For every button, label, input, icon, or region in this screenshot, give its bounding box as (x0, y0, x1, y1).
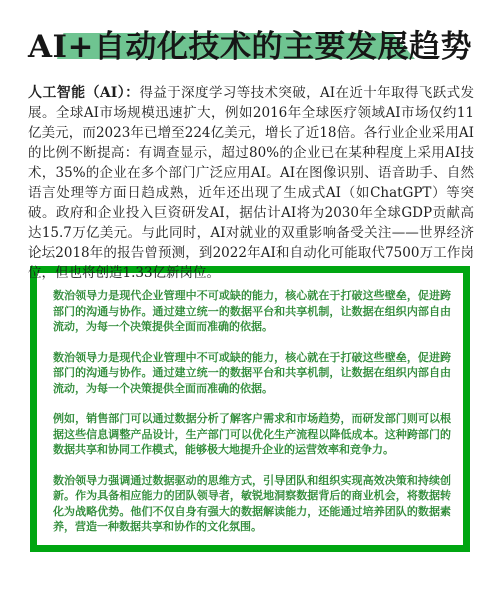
page-title: AI+自动化技术的主要发展趋势 (28, 21, 472, 66)
box-paragraph: 数治领导力是现代企业管理中不可或缺的能力，核心就在于打破这些壁垒，促进跨部门的沟… (53, 350, 451, 397)
intro-body: 得益于深度学习等技术突破，AI在近十年取得飞跃式发展。全球AI市场规模迅速扩大，… (28, 85, 474, 281)
box-paragraph: 数治领导力强调通过数据驱动的思维方式，引导团队和组织实现高效决策和持续创新。作为… (53, 473, 451, 535)
box-paragraph: 例如，销售部门可以通过数据分析了解客户需求和市场趋势，而研发部门则可以根据这些信… (53, 411, 451, 458)
intro-paragraph: 人工智能（AI）：得益于深度学习等技术突破，AI在近十年取得飞跃式发展。全球AI… (28, 83, 474, 283)
highlight-box: 数治领导力是现代企业管理中不可或缺的能力，核心就在于打破这些壁垒，促进跨部门的沟… (30, 266, 470, 552)
document-page: AI+自动化技术的主要发展趋势 人工智能（AI）：得益于深度学习等技术突破，AI… (0, 0, 500, 598)
box-paragraph: 数治领导力是现代企业管理中不可或缺的能力，核心就在于打破这些壁垒，促进跨部门的沟… (53, 288, 451, 335)
intro-lead: 人工智能（AI）： (28, 85, 140, 101)
